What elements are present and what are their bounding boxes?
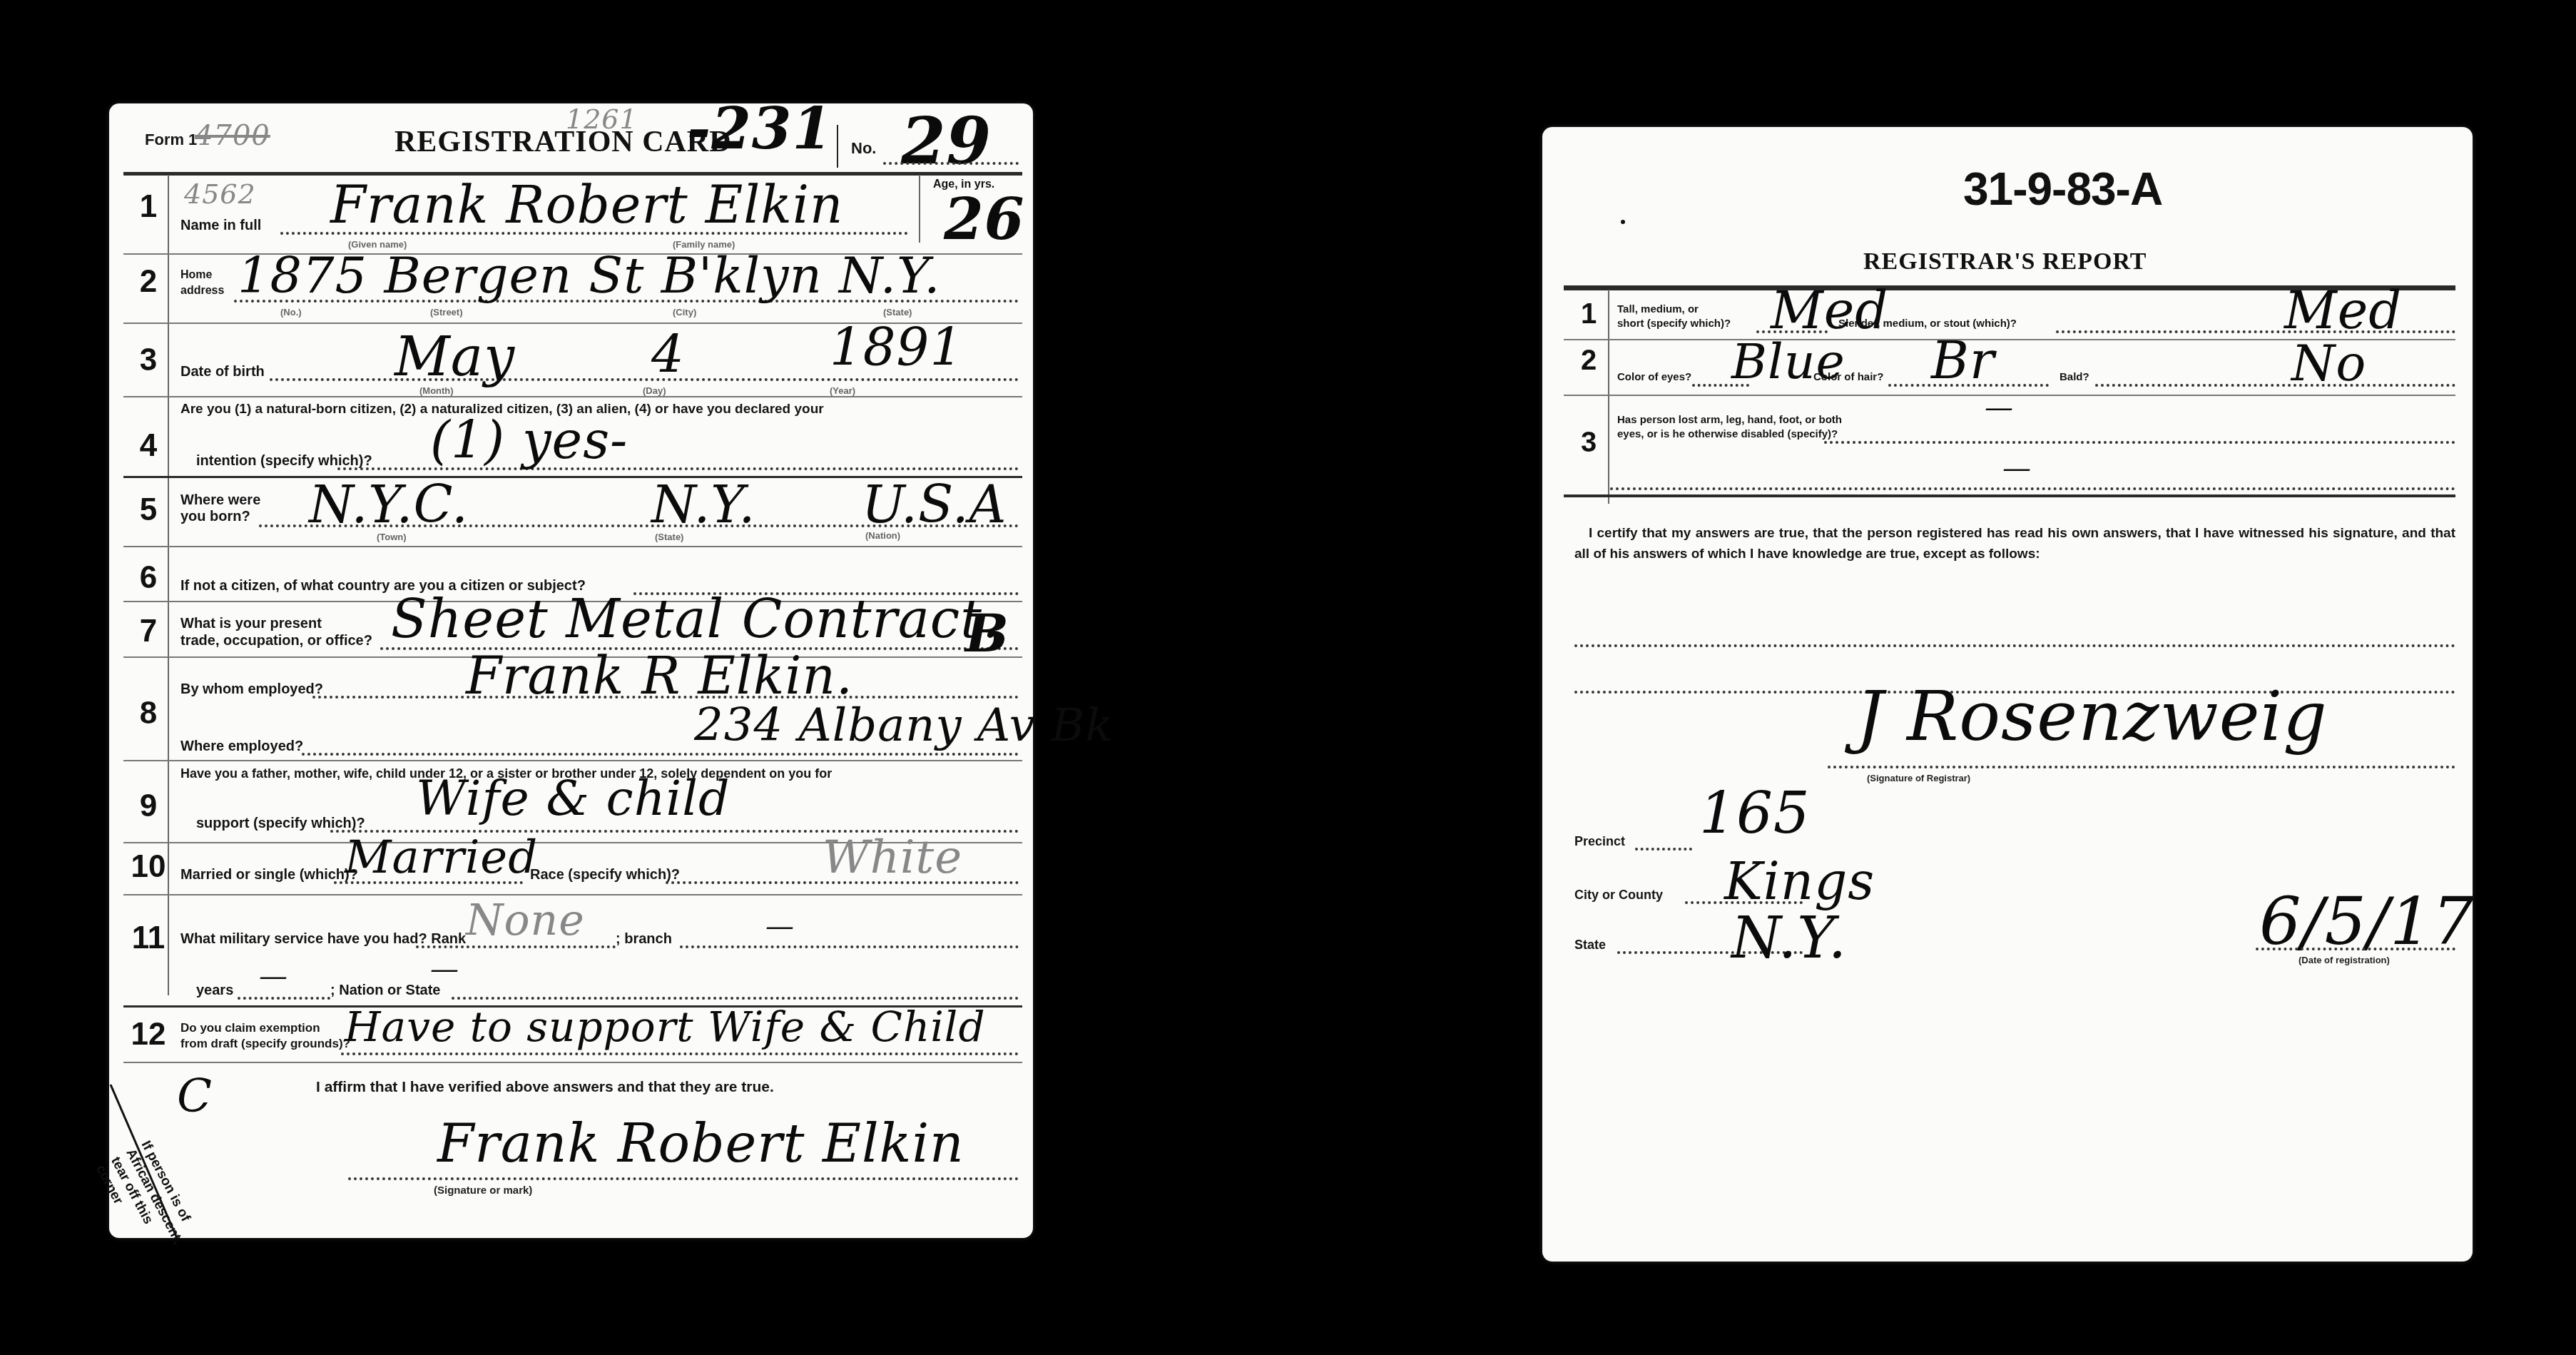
form-label: Form 1 xyxy=(145,132,197,148)
citizenship-value: (1) yes- xyxy=(430,410,628,470)
employer-address-value: 234 Albany Av Bk xyxy=(694,699,1114,752)
affirmation-text: I affirm that I have verified above answ… xyxy=(316,1080,774,1095)
precinct-value: 165 xyxy=(1699,780,1811,846)
registrars-report-back: 31-9-83-A REGISTRAR'S REPORT 1 Tall, med… xyxy=(1542,127,2473,1262)
registrar-signature-label: (Signature of Registrar) xyxy=(1867,773,1970,783)
state-value: N.Y. xyxy=(1731,905,1847,971)
age-value: 26 xyxy=(944,186,1024,253)
margin-mark: B xyxy=(965,603,1009,664)
name-value: Frank Robert Elkin xyxy=(330,175,843,235)
birth-town: N.Y.C. xyxy=(309,474,469,534)
hair-color-value: Br xyxy=(1931,330,1995,390)
header-divider xyxy=(837,125,838,168)
card-mark-handwritten: -231 xyxy=(687,95,833,162)
birth-month: May xyxy=(394,325,515,388)
state-label: State xyxy=(1574,937,1606,953)
corner-mark: C xyxy=(177,1070,213,1123)
city-county-label: City or County xyxy=(1574,887,1663,903)
marital-status-value: Married xyxy=(345,831,538,884)
dot-mark xyxy=(1621,220,1625,224)
signature-label: (Signature or mark) xyxy=(434,1184,532,1197)
military-years-value: — xyxy=(259,960,288,993)
employer-value: Frank R Elkin. xyxy=(466,646,853,706)
birth-year: 1891 xyxy=(830,318,963,377)
birth-nation: U.S.A xyxy=(862,474,1007,534)
birth-day: 4 xyxy=(651,325,685,385)
name-prefix-note: 4562 xyxy=(184,178,256,210)
birth-state: N.Y. xyxy=(651,474,755,534)
occupation-value: Sheet Metal Contract. xyxy=(391,589,1000,650)
no-value: 29 xyxy=(901,103,992,179)
serial-handwritten: 1261 xyxy=(566,103,638,135)
registrar-signature: J Rosenzweig xyxy=(1856,676,2328,756)
card-title: REGISTRATION CARD xyxy=(394,125,731,159)
address-value: 1875 Bergen St B'klyn N.Y. xyxy=(238,246,940,305)
crossed-number: 4700 xyxy=(195,119,270,152)
build-value: Med xyxy=(2284,280,2402,340)
race-value: White xyxy=(823,831,962,884)
report-title: REGISTRAR'S REPORT xyxy=(1863,248,2147,275)
precinct-label: Precinct xyxy=(1574,833,1625,849)
disability-value-2: — xyxy=(2002,452,2032,484)
military-rank-value: None xyxy=(466,895,585,945)
dependents-value: Wife & child xyxy=(416,771,730,827)
bald-value: No xyxy=(2291,334,2366,392)
report-serial: 31-9-83-A xyxy=(1963,163,2162,215)
registration-card-front: Form 1 4700 REGISTRATION CARD 1261 -231 … xyxy=(109,103,1033,1238)
no-label: No. xyxy=(851,141,876,156)
exemption-value: Have to support Wife & Child xyxy=(345,1003,986,1051)
certification-text: I certify that my answers are true, that… xyxy=(1574,523,2455,564)
number-column-divider xyxy=(168,175,169,995)
registration-date-label: (Date of registration) xyxy=(2298,955,2390,965)
disability-value: — xyxy=(1985,391,2014,424)
registrant-signature: Frank Robert Elkin xyxy=(437,1113,964,1174)
city-county-value: Kings xyxy=(1724,851,1875,911)
military-nation-value: — xyxy=(430,953,459,985)
military-branch-value: — xyxy=(765,910,795,943)
